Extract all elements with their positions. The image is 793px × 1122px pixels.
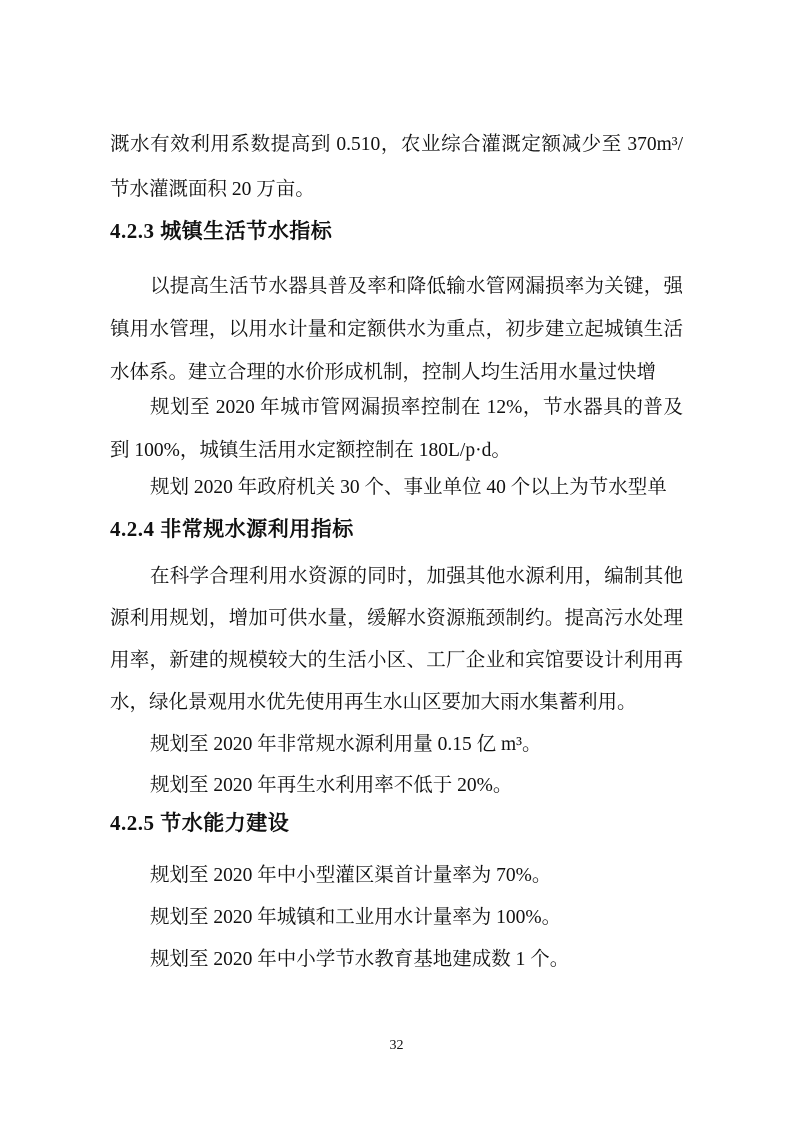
body-line: 规划至 2020 年城镇和工业用水计量率为 100%。	[110, 896, 683, 939]
page-number: 32	[0, 1036, 793, 1056]
body-line: 规划至 2020 年再生水利用率不低于 20%。	[110, 764, 683, 807]
body-line: 规划 2020 年政府机关 30 个、事业单位 40 个以上为节水型单位。	[110, 466, 683, 509]
body-line: 以提高生活节水器具普及率和降低输水管网漏损率为关键，强化城	[110, 265, 683, 308]
paragraph-irrigation-continuation: 溉水有效利用系数提高到 0.510，农业综合灌溉定额减少至 370m³/亩， 节…	[110, 122, 683, 212]
section-heading-4-2-5: 4.2.5 节水能力建设	[110, 806, 683, 840]
body-line: 规划至 2020 年非常规水源利用量 0.15 亿 m³。	[110, 723, 683, 766]
paragraph-irrigation-metering-target: 规划至 2020 年中小型灌区渠首计量率为 70%。	[110, 854, 683, 897]
body-line: 水，绿化景观用水优先使用再生水山区要加大雨水集蓄利用。	[110, 682, 683, 724]
section-heading-4-2-4: 4.2.4 非常规水源利用指标	[110, 512, 683, 546]
paragraph-unconventional-water-sources: 在科学合理利用水资源的同时，加强其他水源利用，编制其他水 源利用规划，增加可供水…	[110, 556, 683, 724]
body-line: 在科学合理利用水资源的同时，加强其他水源利用，编制其他水	[110, 556, 683, 598]
body-line: 溉水有效利用系数提高到 0.510，农业综合灌溉定额减少至 370m³/亩，	[110, 122, 683, 167]
paragraph-unconventional-water-target: 规划至 2020 年非常规水源利用量 0.15 亿 m³。	[110, 723, 683, 766]
body-line: 规划至 2020 年中小学节水教育基地建成数 1 个。	[110, 938, 683, 981]
document-page: 溉水有效利用系数提高到 0.510，农业综合灌溉定额减少至 370m³/亩， 节…	[0, 0, 793, 1122]
body-line: 镇用水管理，以用水计量和定额供水为重点，初步建立起城镇生活节	[110, 308, 683, 351]
paragraph-industrial-metering-target: 规划至 2020 年城镇和工业用水计量率为 100%。	[110, 896, 683, 939]
paragraph-pipe-network-leakage: 规划至 2020 年城市管网漏损率控制在 12%，节水器具的普及率达 到 100…	[110, 386, 683, 472]
body-line: 规划至 2020 年中小型灌区渠首计量率为 70%。	[110, 854, 683, 897]
body-line: 源利用规划，增加可供水量，缓解水资源瓶颈制约。提高污水处理回	[110, 598, 683, 640]
section-heading-4-2-3: 4.2.3 城镇生活节水指标	[110, 214, 683, 248]
paragraph-water-saving-units: 规划 2020 年政府机关 30 个、事业单位 40 个以上为节水型单位。	[110, 466, 683, 509]
body-line: 规划至 2020 年城市管网漏损率控制在 12%，节水器具的普及率达	[110, 386, 683, 429]
body-line: 节水灌溉面积 20 万亩。	[110, 167, 683, 212]
paragraph-urban-life-water-saving: 以提高生活节水器具普及率和降低输水管网漏损率为关键，强化城 镇用水管理，以用水计…	[110, 265, 683, 394]
paragraph-education-base-target: 规划至 2020 年中小学节水教育基地建成数 1 个。	[110, 938, 683, 981]
body-line: 用率，新建的规模较大的生活小区、工厂企业和宾馆要设计利用再生	[110, 640, 683, 682]
paragraph-reclaimed-water-target: 规划至 2020 年再生水利用率不低于 20%。	[110, 764, 683, 807]
